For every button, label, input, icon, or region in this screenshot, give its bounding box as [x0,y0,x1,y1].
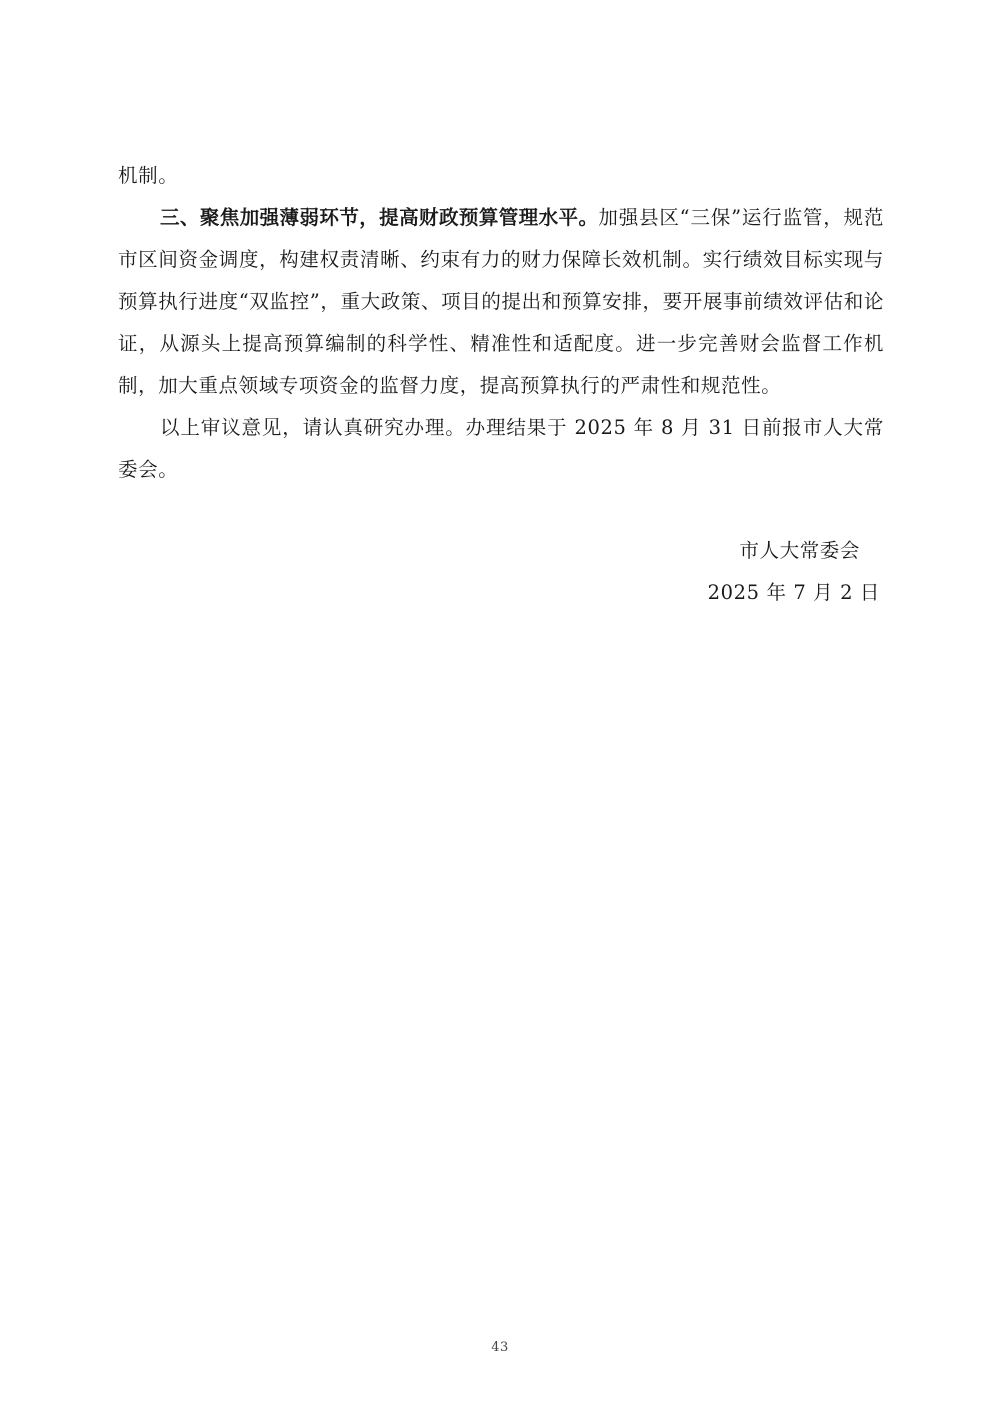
signature-block: 市人大常委会 2025 年 7 月 2 日 [708,530,880,614]
paragraph-closing-request: 以上审议意见，请认真研究办理。办理结果于 2025 年 8 月 31 日前报市人… [118,407,884,491]
signature-date: 2025 年 7 月 2 日 [708,572,880,614]
paragraph-text: 加强县区“三保”运行监管，规范市区间资金调度，构建权责清晰、约束有力的财力保障长… [118,206,884,397]
signature-organization: 市人大常委会 [708,530,880,572]
paragraph-text: 机制。 [118,164,178,187]
page-number: 43 [0,1340,1000,1355]
paragraph-section-three: 三、聚焦加强薄弱环节，提高财政预算管理水平。加强县区“三保”运行监管，规范市区间… [118,197,884,407]
document-page: 机制。 三、聚焦加强薄弱环节，提高财政预算管理水平。加强县区“三保”运行监管，规… [0,0,1000,1415]
section-heading: 三、聚焦加强薄弱环节，提高财政预算管理水平。 [160,206,598,229]
paragraph-continuation: 机制。 [118,155,884,197]
document-body: 机制。 三、聚焦加强薄弱环节，提高财政预算管理水平。加强县区“三保”运行监管，规… [118,155,884,491]
paragraph-text: 以上审议意见，请认真研究办理。办理结果于 2025 年 8 月 31 日前报市人… [118,416,884,481]
